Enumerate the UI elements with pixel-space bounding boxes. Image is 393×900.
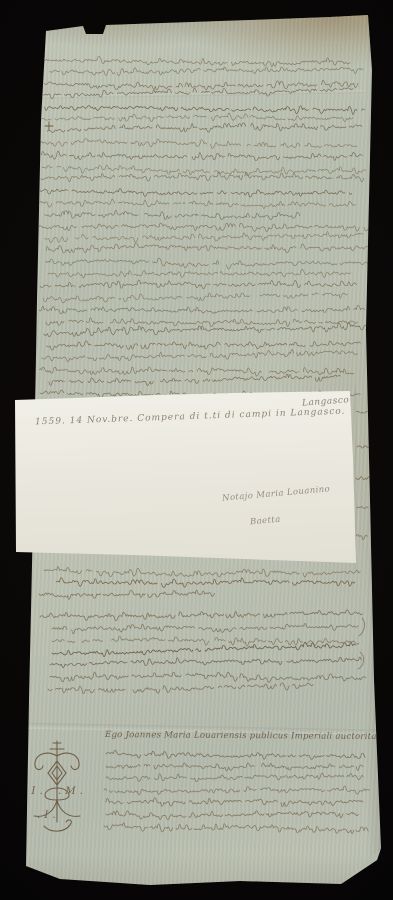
handwriting-line	[106, 763, 363, 771]
handwriting-line	[44, 80, 358, 90]
handwriting-line	[46, 316, 357, 329]
handwriting-line	[45, 257, 367, 270]
notary-subscription-opening: Ego Joannes Maria Louariensis publicus I…	[105, 730, 375, 742]
archival-slip: Langasco 1559. 14 Nov.bre. Compera di t.…	[14, 389, 358, 567]
handwriting-line	[39, 223, 369, 232]
handwriting-line	[41, 112, 353, 123]
margin-curl-icon	[358, 618, 365, 669]
handwriting-line	[52, 623, 358, 635]
handwriting-line	[45, 208, 300, 222]
handwriting-line	[104, 786, 369, 795]
photo-background: Ego Joannes Maria Louariensis publicus I…	[0, 0, 393, 900]
handwriting-line	[45, 231, 363, 243]
handwriting-line	[106, 750, 365, 760]
handwriting-line	[39, 590, 214, 599]
margin-cross-icon	[45, 122, 53, 130]
handwriting-line	[39, 304, 365, 315]
handwriting-line	[44, 566, 360, 577]
handwriting-line	[40, 279, 356, 289]
signum-letter-i: . I .	[24, 786, 43, 797]
signum-letter-m: . M .	[58, 786, 83, 797]
handwriting-line	[40, 607, 363, 624]
handwriting-line	[40, 367, 354, 376]
handwriting-line	[42, 150, 363, 161]
handwriting-line	[48, 682, 313, 694]
handwriting-line	[52, 636, 359, 646]
handwriting-line	[42, 165, 371, 176]
handwriting-line	[43, 292, 351, 303]
slip-notary-line: Notajo Maria Louanino	[222, 484, 331, 503]
handwriting-line	[40, 188, 351, 197]
handwriting-line	[50, 655, 361, 667]
handwriting-line	[40, 138, 357, 149]
handwriting-line	[47, 122, 362, 134]
handwriting-line	[56, 577, 355, 587]
slip-reference-line: Baetta	[250, 515, 281, 528]
handwriting-line	[46, 341, 364, 350]
slip-date-line: 1559. 14 Nov.bre. Compera di t.ti di cam…	[35, 407, 346, 428]
handwriting-line	[106, 797, 363, 807]
handwriting-line	[49, 374, 341, 386]
handwriting-line	[42, 349, 357, 361]
handwriting-line	[46, 243, 369, 253]
margin-flourish-icon	[36, 51, 45, 112]
paper-crease-vertical	[355, 385, 359, 570]
handwriting-line	[41, 171, 369, 184]
handwriting-line	[48, 269, 351, 278]
handwriting-line	[50, 66, 363, 76]
handwriting-line	[40, 199, 356, 209]
handwriting-line	[45, 105, 365, 114]
signum-letter-i-below: . I .	[37, 810, 56, 821]
handwriting-line	[52, 642, 356, 657]
handwriting-line	[44, 322, 369, 337]
paper-crease	[40, 90, 365, 99]
handwriting-line	[50, 671, 366, 684]
handwriting-line	[38, 56, 350, 67]
handwriting-line	[104, 823, 368, 834]
handwriting-line	[106, 811, 359, 820]
handwriting-line	[106, 773, 363, 782]
